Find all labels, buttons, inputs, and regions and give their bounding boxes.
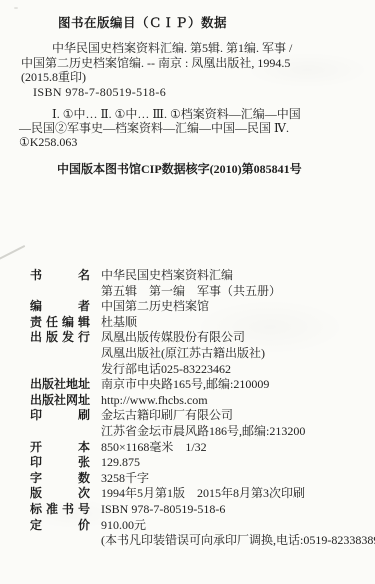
colophon-row-editor: 编者 中国第二历史档案馆 bbox=[30, 299, 370, 315]
row-label: 编者 bbox=[30, 299, 90, 315]
row-label: 定价 bbox=[30, 518, 90, 534]
row-value: ISBN 978-7-80519-518-6 bbox=[101, 502, 225, 518]
row-value-line: 850×1168毫米 1/32 bbox=[101, 440, 207, 456]
row-value: 910.00元 (本书凡印装错误可向承印厂调换,电话:0519-82338389… bbox=[101, 518, 375, 549]
cip-record-number: 中国版本图书馆CIP数据核字(2010)第085841号 bbox=[57, 160, 302, 177]
colophon-table: 书名 中华民国史档案资料汇编 第五辑 第一编 军事（共五册） 编者 中国第二历史… bbox=[30, 268, 370, 549]
cip-description-line: 中国第二历史档案馆编. -- 南京 : 凤凰出版社, 1994.5 bbox=[21, 56, 351, 71]
row-value: 凤凰出版传媒股份有限公司 凤凰出版社(原江苏古籍出版社) 发行部电话025-83… bbox=[101, 330, 265, 377]
row-value-line: 金坛古籍印刷厂有限公司 bbox=[101, 408, 305, 424]
row-value-line: 910.00元 bbox=[101, 518, 375, 534]
row-value-line: 江苏省金坛市晨风路186号,邮编:213200 bbox=[101, 424, 305, 440]
colophon-row-publisher-website: 出版社网址 http://www.fhcbs.com bbox=[30, 393, 370, 409]
row-value: 金坛古籍印刷厂有限公司 江苏省金坛市晨风路186号,邮编:213200 bbox=[101, 408, 305, 439]
row-label: 版次 bbox=[30, 486, 90, 502]
row-value-line: 杜基顺 bbox=[101, 315, 137, 331]
cip-header: 图书在版编目（ＣＩＰ）数据 bbox=[58, 13, 227, 31]
row-value-line: 南京市中央路165号,邮编:210009 bbox=[101, 377, 269, 393]
row-value-line: 1994年5月第1版 2015年8月第3次印刷 bbox=[101, 486, 305, 502]
colophon-row-publisher: 出版发行 凤凰出版传媒股份有限公司 凤凰出版社(原江苏古籍出版社) 发行部电话0… bbox=[30, 330, 370, 377]
row-value: 中华民国史档案资料汇编 第五辑 第一编 军事（共五册） bbox=[101, 268, 281, 299]
cip-classification-line: ①K258.063 bbox=[19, 135, 355, 149]
row-value-line: 凤凰出版传媒股份有限公司 bbox=[101, 330, 265, 346]
row-label: 书名 bbox=[30, 268, 90, 284]
row-label: 印张 bbox=[30, 455, 90, 471]
row-value-line: 凤凰出版社(原江苏古籍出版社) bbox=[101, 346, 265, 362]
row-value: 3258千字 bbox=[101, 471, 149, 487]
cip-description-line: (2015.8重印) bbox=[21, 70, 351, 85]
row-value-line: http://www.fhcbs.com bbox=[101, 393, 208, 409]
cip-classification-line: Ⅰ. ①中… Ⅱ. ①中… Ⅲ. ①档案资料—汇编—中国 bbox=[19, 107, 355, 121]
colophon-row-word-count: 字数 3258千字 bbox=[30, 471, 370, 487]
cip-isbn-line: ISBN 978-7-80519-518-6 bbox=[21, 85, 351, 100]
scan-speck-artifact bbox=[14, 7, 18, 9]
row-value: http://www.fhcbs.com bbox=[101, 393, 208, 409]
row-value: 南京市中央路165号,邮编:210009 bbox=[101, 377, 269, 393]
row-value: 1994年5月第1版 2015年8月第3次印刷 bbox=[101, 486, 305, 502]
row-label: 出版发行 bbox=[30, 330, 90, 346]
row-label: 责任编辑 bbox=[30, 315, 90, 331]
cip-description-line: 中华民国史档案资料汇编. 第5辑. 第1编. 军事 / bbox=[21, 41, 351, 56]
scan-scratch-artifact bbox=[0, 245, 25, 260]
colophon-row-printed-sheets: 印张 129.875 bbox=[30, 455, 370, 471]
colophon-row-publisher-address: 出版社地址 南京市中央路165号,邮编:210009 bbox=[30, 377, 370, 393]
cip-description-block: 中华民国史档案资料汇编. 第5辑. 第1编. 军事 / 中国第二历史档案馆编. … bbox=[21, 41, 351, 99]
row-value: 杜基顺 bbox=[101, 315, 137, 331]
row-value-line: (本书凡印装错误可向承印厂调换,电话:0519-82338389) bbox=[101, 533, 375, 549]
colophon-row-edition: 版次 1994年5月第1版 2015年8月第3次印刷 bbox=[30, 486, 370, 502]
row-label: 印刷 bbox=[30, 408, 90, 424]
row-value-line: 中华民国史档案资料汇编 bbox=[101, 268, 281, 284]
cip-classification-line: —民国②军事史—档案资料—汇编—中国—民国 Ⅳ. bbox=[19, 121, 355, 135]
colophon-row-isbn: 标准书号 ISBN 978-7-80519-518-6 bbox=[30, 502, 370, 518]
row-value-line: ISBN 978-7-80519-518-6 bbox=[101, 502, 225, 518]
row-label: 开本 bbox=[30, 440, 90, 456]
row-value-line: 发行部电话025-83223462 bbox=[101, 362, 265, 378]
row-value-line: 第五辑 第一编 军事（共五册） bbox=[101, 284, 281, 300]
colophon-row-responsible-editor: 责任编辑 杜基顺 bbox=[30, 315, 370, 331]
row-value-line: 129.875 bbox=[101, 455, 140, 471]
colophon-row-book-title: 书名 中华民国史档案资料汇编 第五辑 第一编 军事（共五册） bbox=[30, 268, 370, 299]
row-value: 850×1168毫米 1/32 bbox=[101, 440, 207, 456]
copyright-page: 图书在版编目（ＣＩＰ）数据 中华民国史档案资料汇编. 第5辑. 第1编. 军事 … bbox=[0, 0, 375, 584]
row-label: 标准书号 bbox=[30, 502, 90, 518]
cip-classification-block: Ⅰ. ①中… Ⅱ. ①中… Ⅲ. ①档案资料—汇编—中国 —民国②军事史—档案资… bbox=[19, 107, 355, 150]
row-label: 字数 bbox=[30, 471, 90, 487]
row-value-line: 中国第二历史档案馆 bbox=[101, 299, 209, 315]
row-label: 出版社网址 bbox=[30, 393, 90, 409]
row-label: 出版社地址 bbox=[30, 377, 90, 393]
colophon-row-format: 开本 850×1168毫米 1/32 bbox=[30, 440, 370, 456]
colophon-row-printer: 印刷 金坛古籍印刷厂有限公司 江苏省金坛市晨风路186号,邮编:213200 bbox=[30, 408, 370, 439]
row-value: 129.875 bbox=[101, 455, 140, 471]
row-value: 中国第二历史档案馆 bbox=[101, 299, 209, 315]
row-value-line: 3258千字 bbox=[101, 471, 149, 487]
colophon-row-price: 定价 910.00元 (本书凡印装错误可向承印厂调换,电话:0519-82338… bbox=[30, 518, 370, 549]
